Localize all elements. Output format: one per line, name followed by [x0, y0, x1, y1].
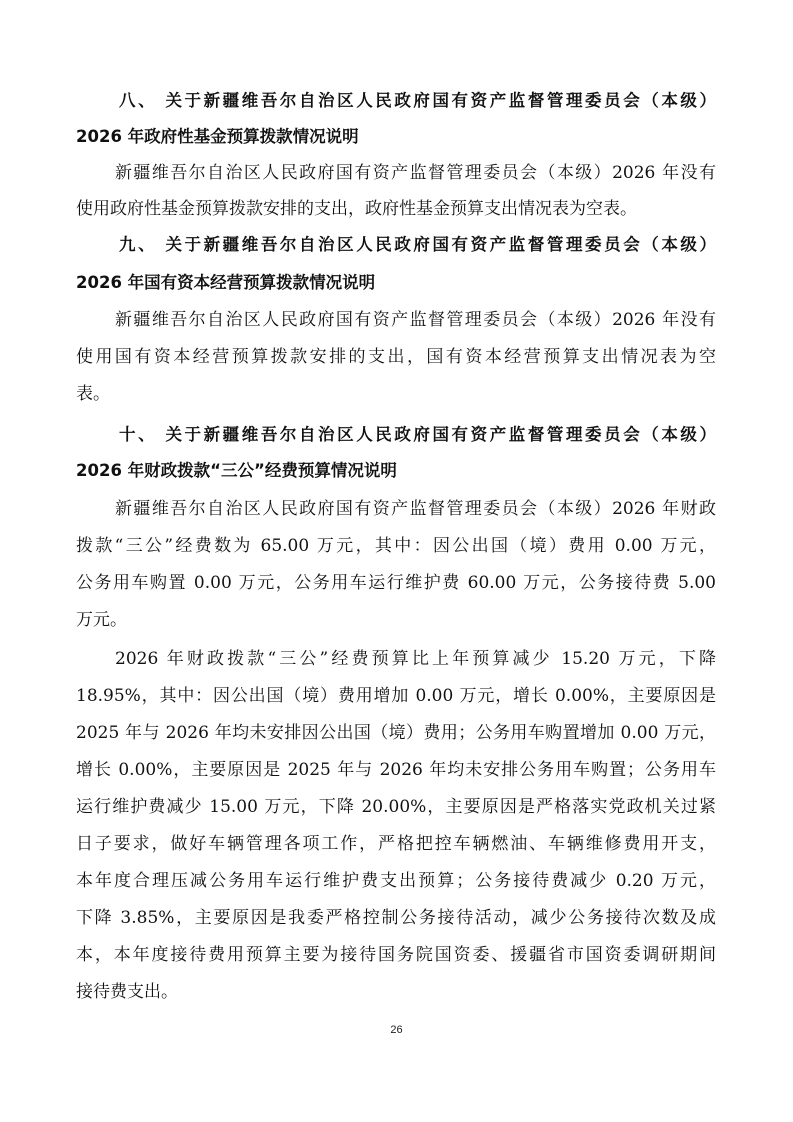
- section-8-heading-line-2: 2026 年政府性基金预算拨款情况说明: [76, 126, 716, 148]
- section-10-heading-line-2: 2026 年财政拨款“三公”经费预算情况说明: [76, 460, 716, 482]
- section-9-paragraph-line: 使用国有资本经营预算拨款安排的支出，国有资本经营预算支出情况表为空: [76, 346, 716, 368]
- section-10-paragraph-1-line: 拨款“三公”经费数为 65.00 万元，其中：因公出国（境）费用 0.00 万元…: [76, 535, 716, 557]
- section-10-paragraph-2-line: 运行维护费减少 15.00 万元，下降 20.00%，主要原因是严格落实党政机关…: [76, 796, 716, 818]
- section-10-paragraph-2-line: 接待费支出。: [76, 981, 716, 1003]
- section-9-paragraph-line: 新疆维吾尔自治区人民政府国有资产监督管理委员会（本级）2026 年没有: [115, 309, 716, 331]
- section-10-paragraph-1-line: 万元。: [76, 609, 716, 631]
- section-10-paragraph-2-line: 下降 3.85%，主要原因是我委严格控制公务接待活动，减少公务接待次数及成: [76, 907, 716, 929]
- section-8-paragraph-line: 使用政府性基金预算拨款安排的支出，政府性基金预算支出情况表为空表。: [76, 198, 716, 220]
- section-8-heading-line-1: 八、 关于新疆维吾尔自治区人民政府国有资产监督管理委员会（本级）: [119, 90, 716, 112]
- section-10-paragraph-2-line: 2025 年与 2026 年均未安排因公出国（境）费用；公务用车购置增加 0.0…: [76, 722, 716, 744]
- section-10-paragraph-2-line: 2026 年财政拨款“三公”经费预算比上年预算减少 15.20 万元，下降: [115, 648, 716, 670]
- section-10-heading-line-1: 十、 关于新疆维吾尔自治区人民政府国有资产监督管理委员会（本级）: [119, 424, 716, 446]
- section-8-paragraph-line: 新疆维吾尔自治区人民政府国有资产监督管理委员会（本级）2026 年没有: [115, 162, 716, 184]
- page-number: 26: [0, 1024, 793, 1036]
- section-9-heading-line-1: 九、 关于新疆维吾尔自治区人民政府国有资产监督管理委员会（本级）: [119, 234, 716, 256]
- section-10-paragraph-1-line: 新疆维吾尔自治区人民政府国有资产监督管理委员会（本级）2026 年财政: [115, 498, 716, 520]
- section-10-paragraph-2-line: 本年度合理压减公务用车运行维护费支出预算；公务接待费减少 0.20 万元，: [76, 870, 716, 892]
- section-10-paragraph-1-line: 公务用车购置 0.00 万元，公务用车运行维护费 60.00 万元，公务接待费 …: [76, 572, 716, 594]
- section-10-paragraph-2-line: 本，本年度接待费用预算主要为接待国务院国资委、援疆省市国资委调研期间: [76, 944, 716, 966]
- section-10-paragraph-2-line: 18.95%，其中：因公出国（境）费用增加 0.00 万元，增长 0.00%，主…: [76, 685, 716, 707]
- section-9-heading-line-2: 2026 年国有资本经营预算拨款情况说明: [76, 272, 716, 294]
- section-10-paragraph-2-line: 日子要求，做好车辆管理各项工作，严格把控车辆燃油、车辆维修费用开支，: [76, 833, 716, 855]
- section-10-paragraph-2-line: 增长 0.00%，主要原因是 2025 年与 2026 年均未安排公务用车购置；…: [76, 759, 716, 781]
- document-page: 八、 关于新疆维吾尔自治区人民政府国有资产监督管理委员会（本级） 2026 年政…: [0, 0, 793, 1122]
- section-9-paragraph-line: 表。: [76, 383, 716, 405]
